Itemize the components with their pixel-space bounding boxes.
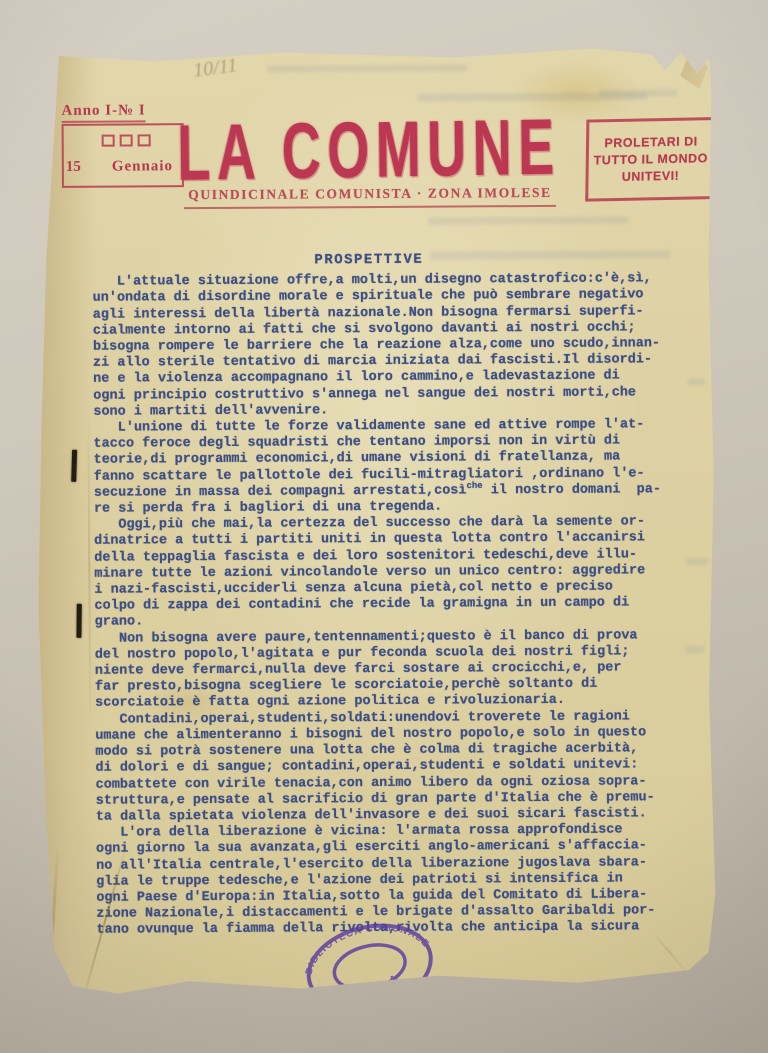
bleedthrough-smudge (267, 64, 467, 72)
fold-crease (47, 852, 59, 996)
bleedthrough-smudge (599, 89, 677, 96)
pencil-mark: 10/11 (192, 54, 239, 82)
staple (76, 604, 81, 638)
svg-text:IMOLA: IMOLA (342, 969, 406, 1000)
paragraph: L'attuale situazione offre,a molti,un di… (92, 271, 701, 421)
paragraph: Oggi,più che mai,la certezza del success… (94, 514, 703, 631)
typed-superscript: che (466, 481, 482, 491)
article-heading: PROSPETTIVE (314, 250, 700, 269)
slogan-stamp-box: PROLETARI DI TUTTO IL MONDO UNITEVI! (585, 117, 716, 202)
article-body: PROSPETTIVE L'attuale situazione offre,a… (92, 250, 704, 939)
slogan-line: TUTTO IL MONDO (594, 150, 708, 169)
paragraph: Contadini,operai,studenti,soldati:unendo… (95, 709, 704, 826)
newspaper-page: 10/11 Anno I-№ I 15 Gennaio LA COMUNE QU… (33, 44, 719, 998)
stamp-arc-bottom-text: IMOLA (342, 969, 406, 1000)
bleedthrough-smudge (428, 216, 628, 224)
scan-photo: 10/11 Anno I-№ I 15 Gennaio LA COMUNE QU… (0, 0, 768, 1053)
newspaper-subtitle: QUINDICINALE COMUNISTA · ZONA IMOLESE (184, 185, 556, 209)
article-paragraphs: L'attuale situazione offre,a molti,un di… (92, 271, 704, 939)
date-day: 15 (66, 159, 81, 176)
crease-line (87, 418, 90, 718)
torn-flap (679, 52, 710, 90)
paragraph: L'unione di tutte le forze validamente s… (93, 417, 702, 518)
staple (71, 450, 77, 482)
fold-crease (653, 933, 686, 971)
slogan-line: PROLETARI DI (604, 133, 698, 152)
slogan-line: UNITEVI! (622, 167, 680, 185)
paragraph: Non bisogna avere paure,tentennamenti;qu… (95, 628, 703, 713)
